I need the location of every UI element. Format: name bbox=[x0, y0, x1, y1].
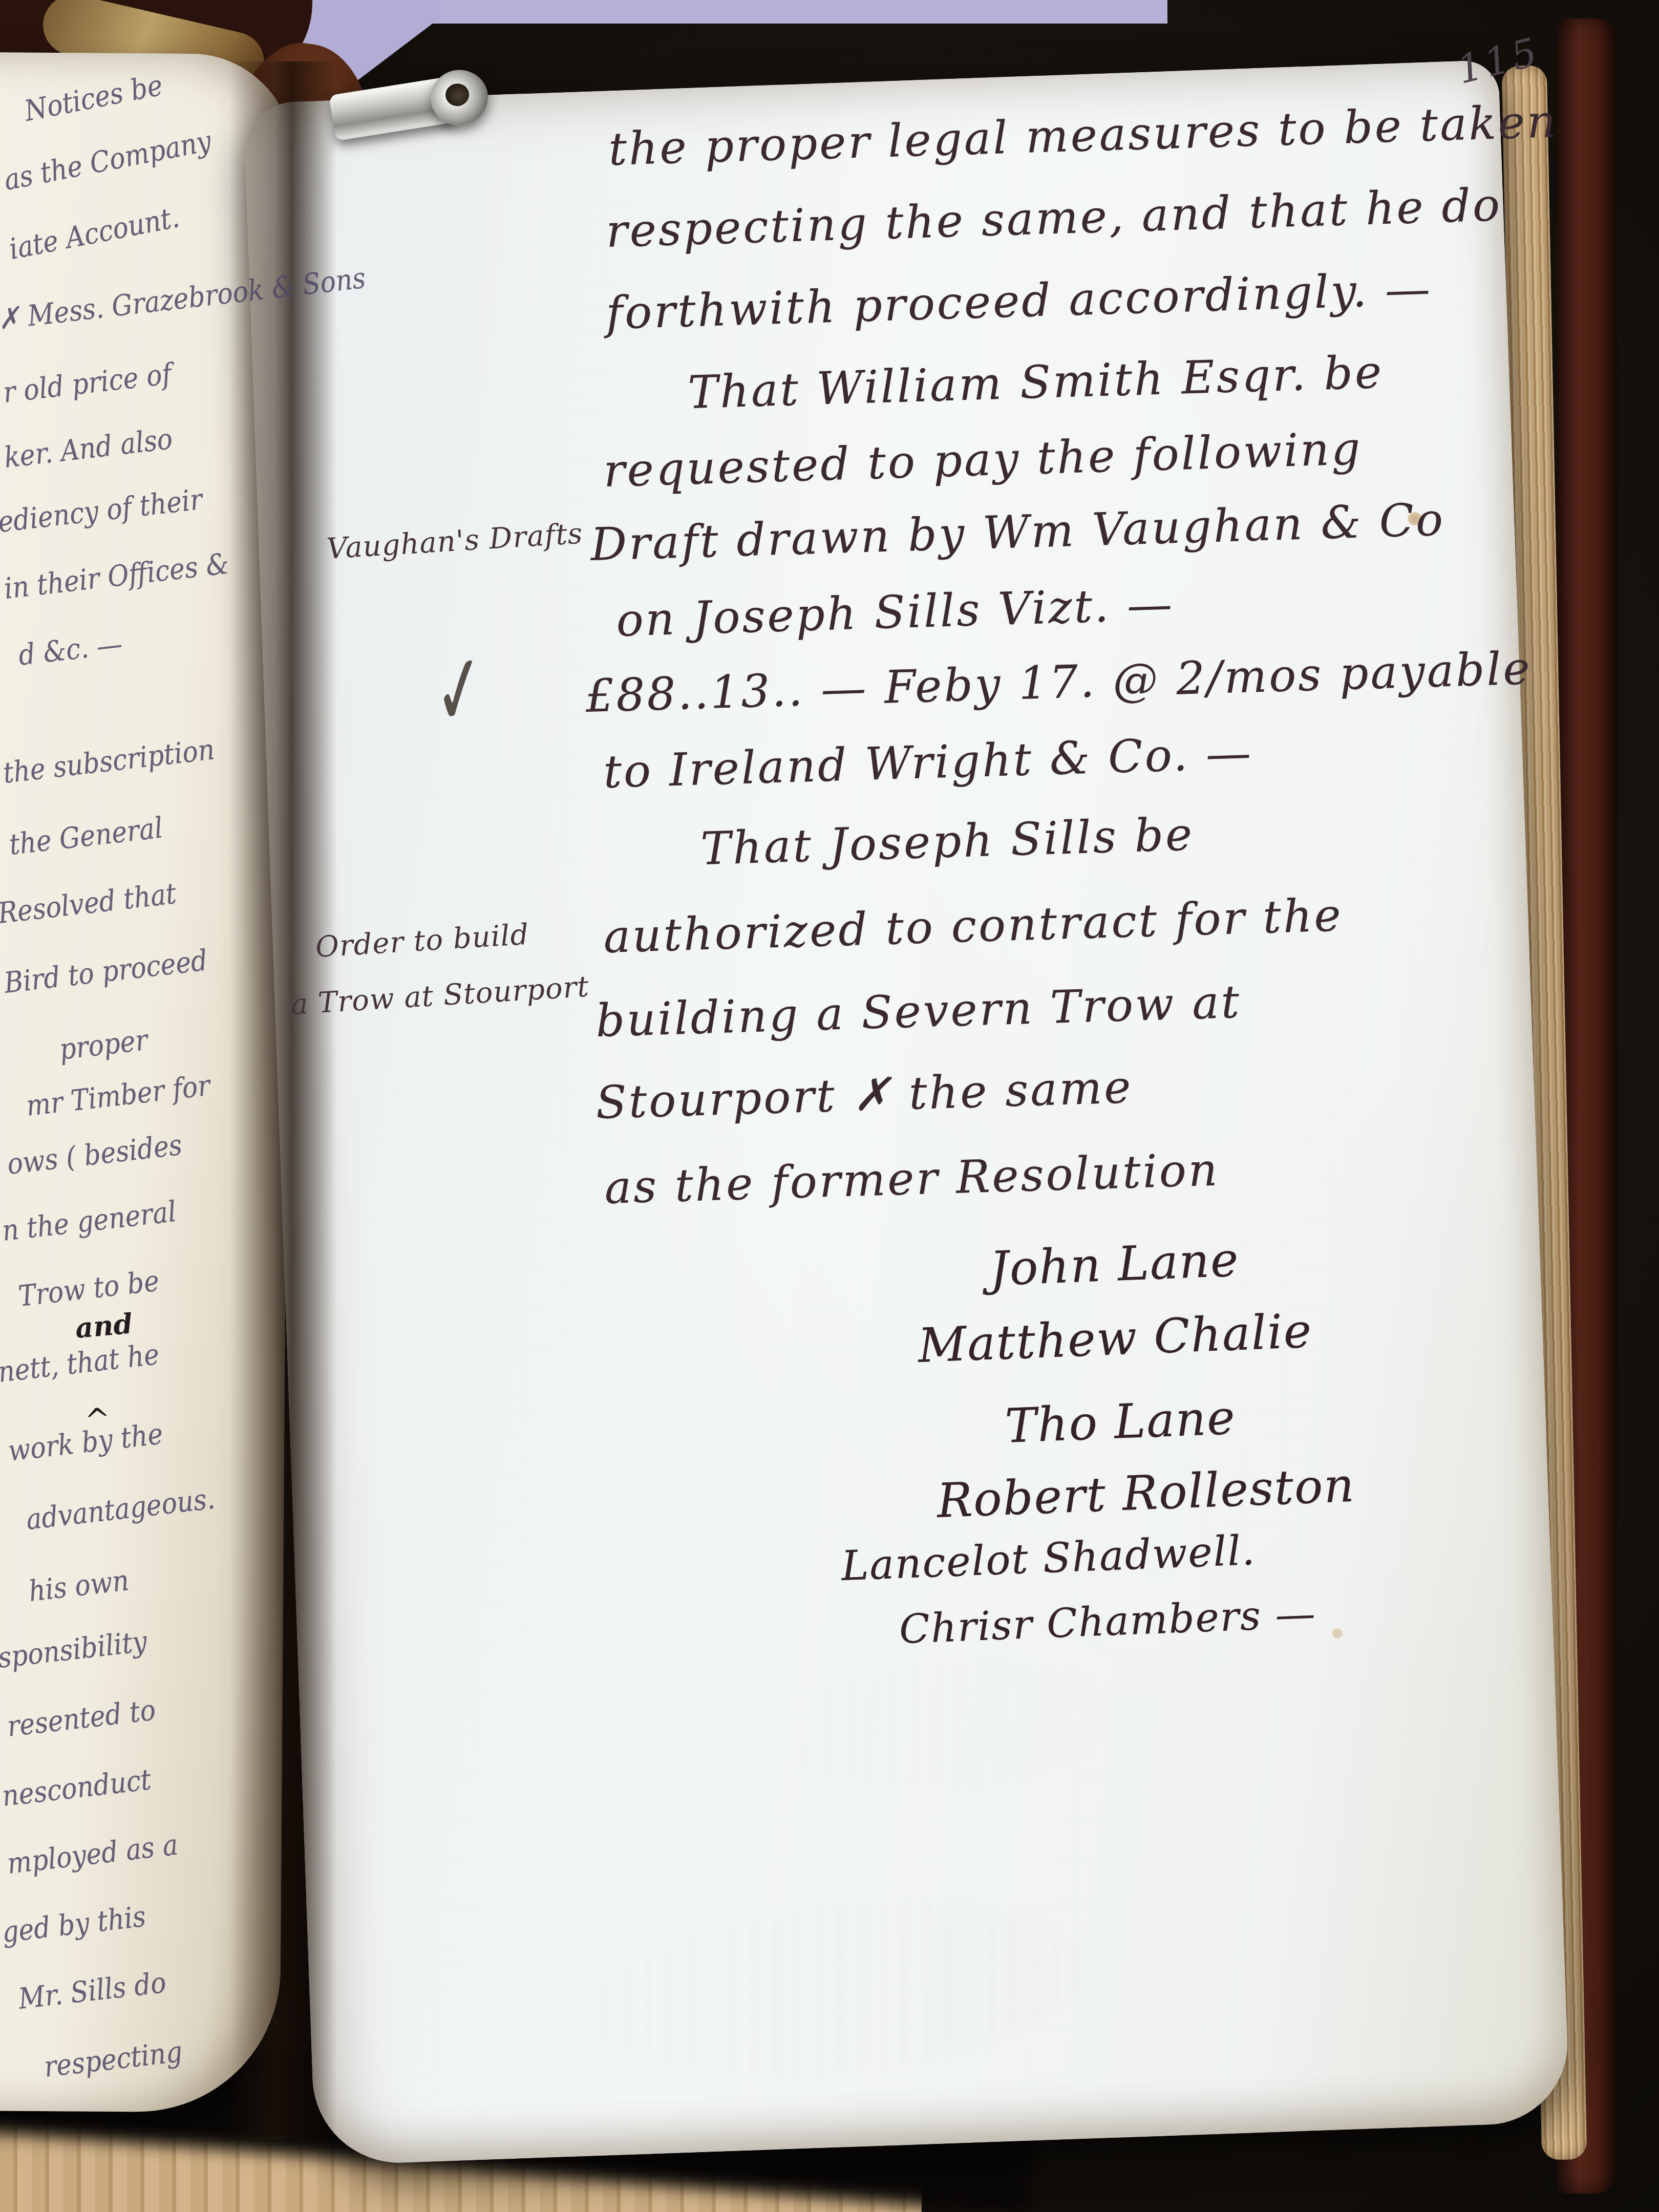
signature: Tho Lane bbox=[1004, 1390, 1237, 1454]
manuscript-photo: 115 the proper legal measures to be take… bbox=[0, 0, 1659, 2212]
signature: John Lane bbox=[989, 1232, 1240, 1296]
fox-spot bbox=[1331, 1628, 1344, 1639]
inserted-word: and bbox=[74, 1307, 134, 1345]
